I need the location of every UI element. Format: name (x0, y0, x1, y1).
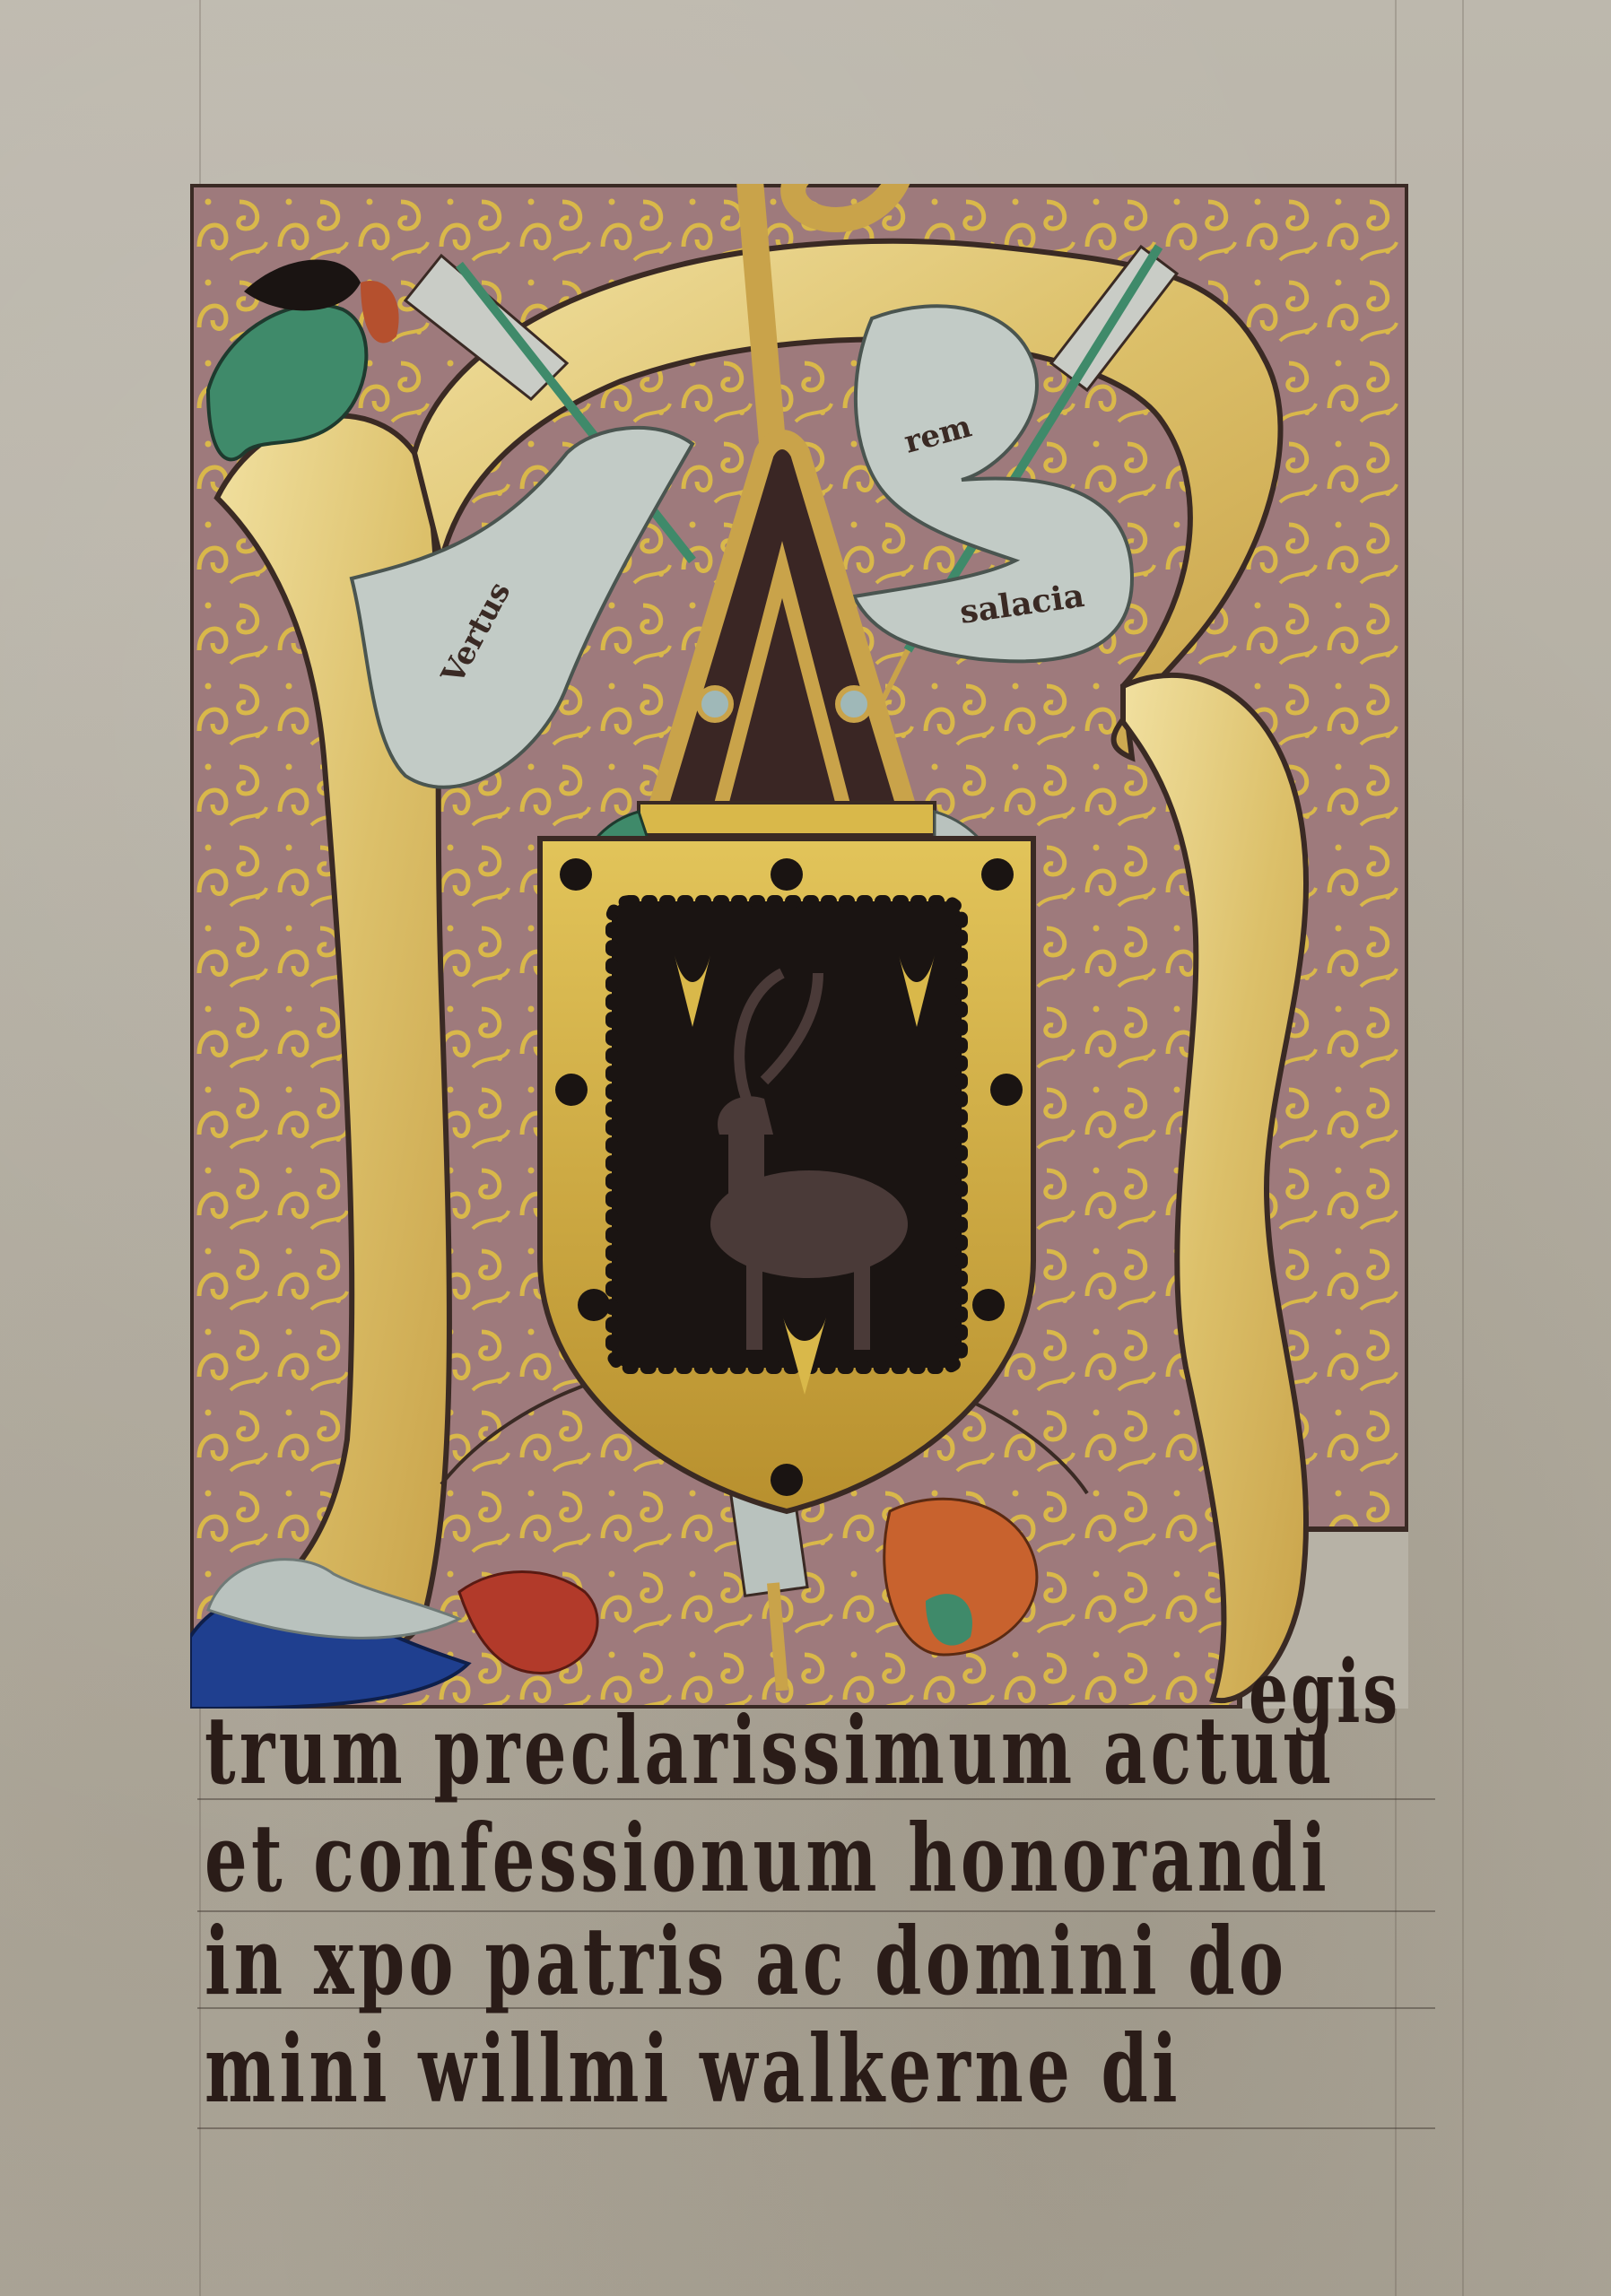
mitre-band (639, 803, 935, 835)
text-line: mini willmi walkerne di (205, 2013, 1181, 2124)
shield-field (612, 901, 962, 1368)
ruling-line (1462, 0, 1464, 2296)
text-line: in xpo patris ac domini do (205, 1906, 1287, 2016)
crozier-staff-lower (773, 1583, 782, 1691)
ruling-line (197, 2127, 1435, 2129)
illuminated-initial: Vertus rem salacia (190, 184, 1408, 1709)
text-line: et confessionum honorandi (205, 1803, 1330, 1913)
manuscript-page: Vertus rem salacia (0, 0, 1611, 2296)
text-line: trum preclarissimum actuu (205, 1695, 1336, 1805)
